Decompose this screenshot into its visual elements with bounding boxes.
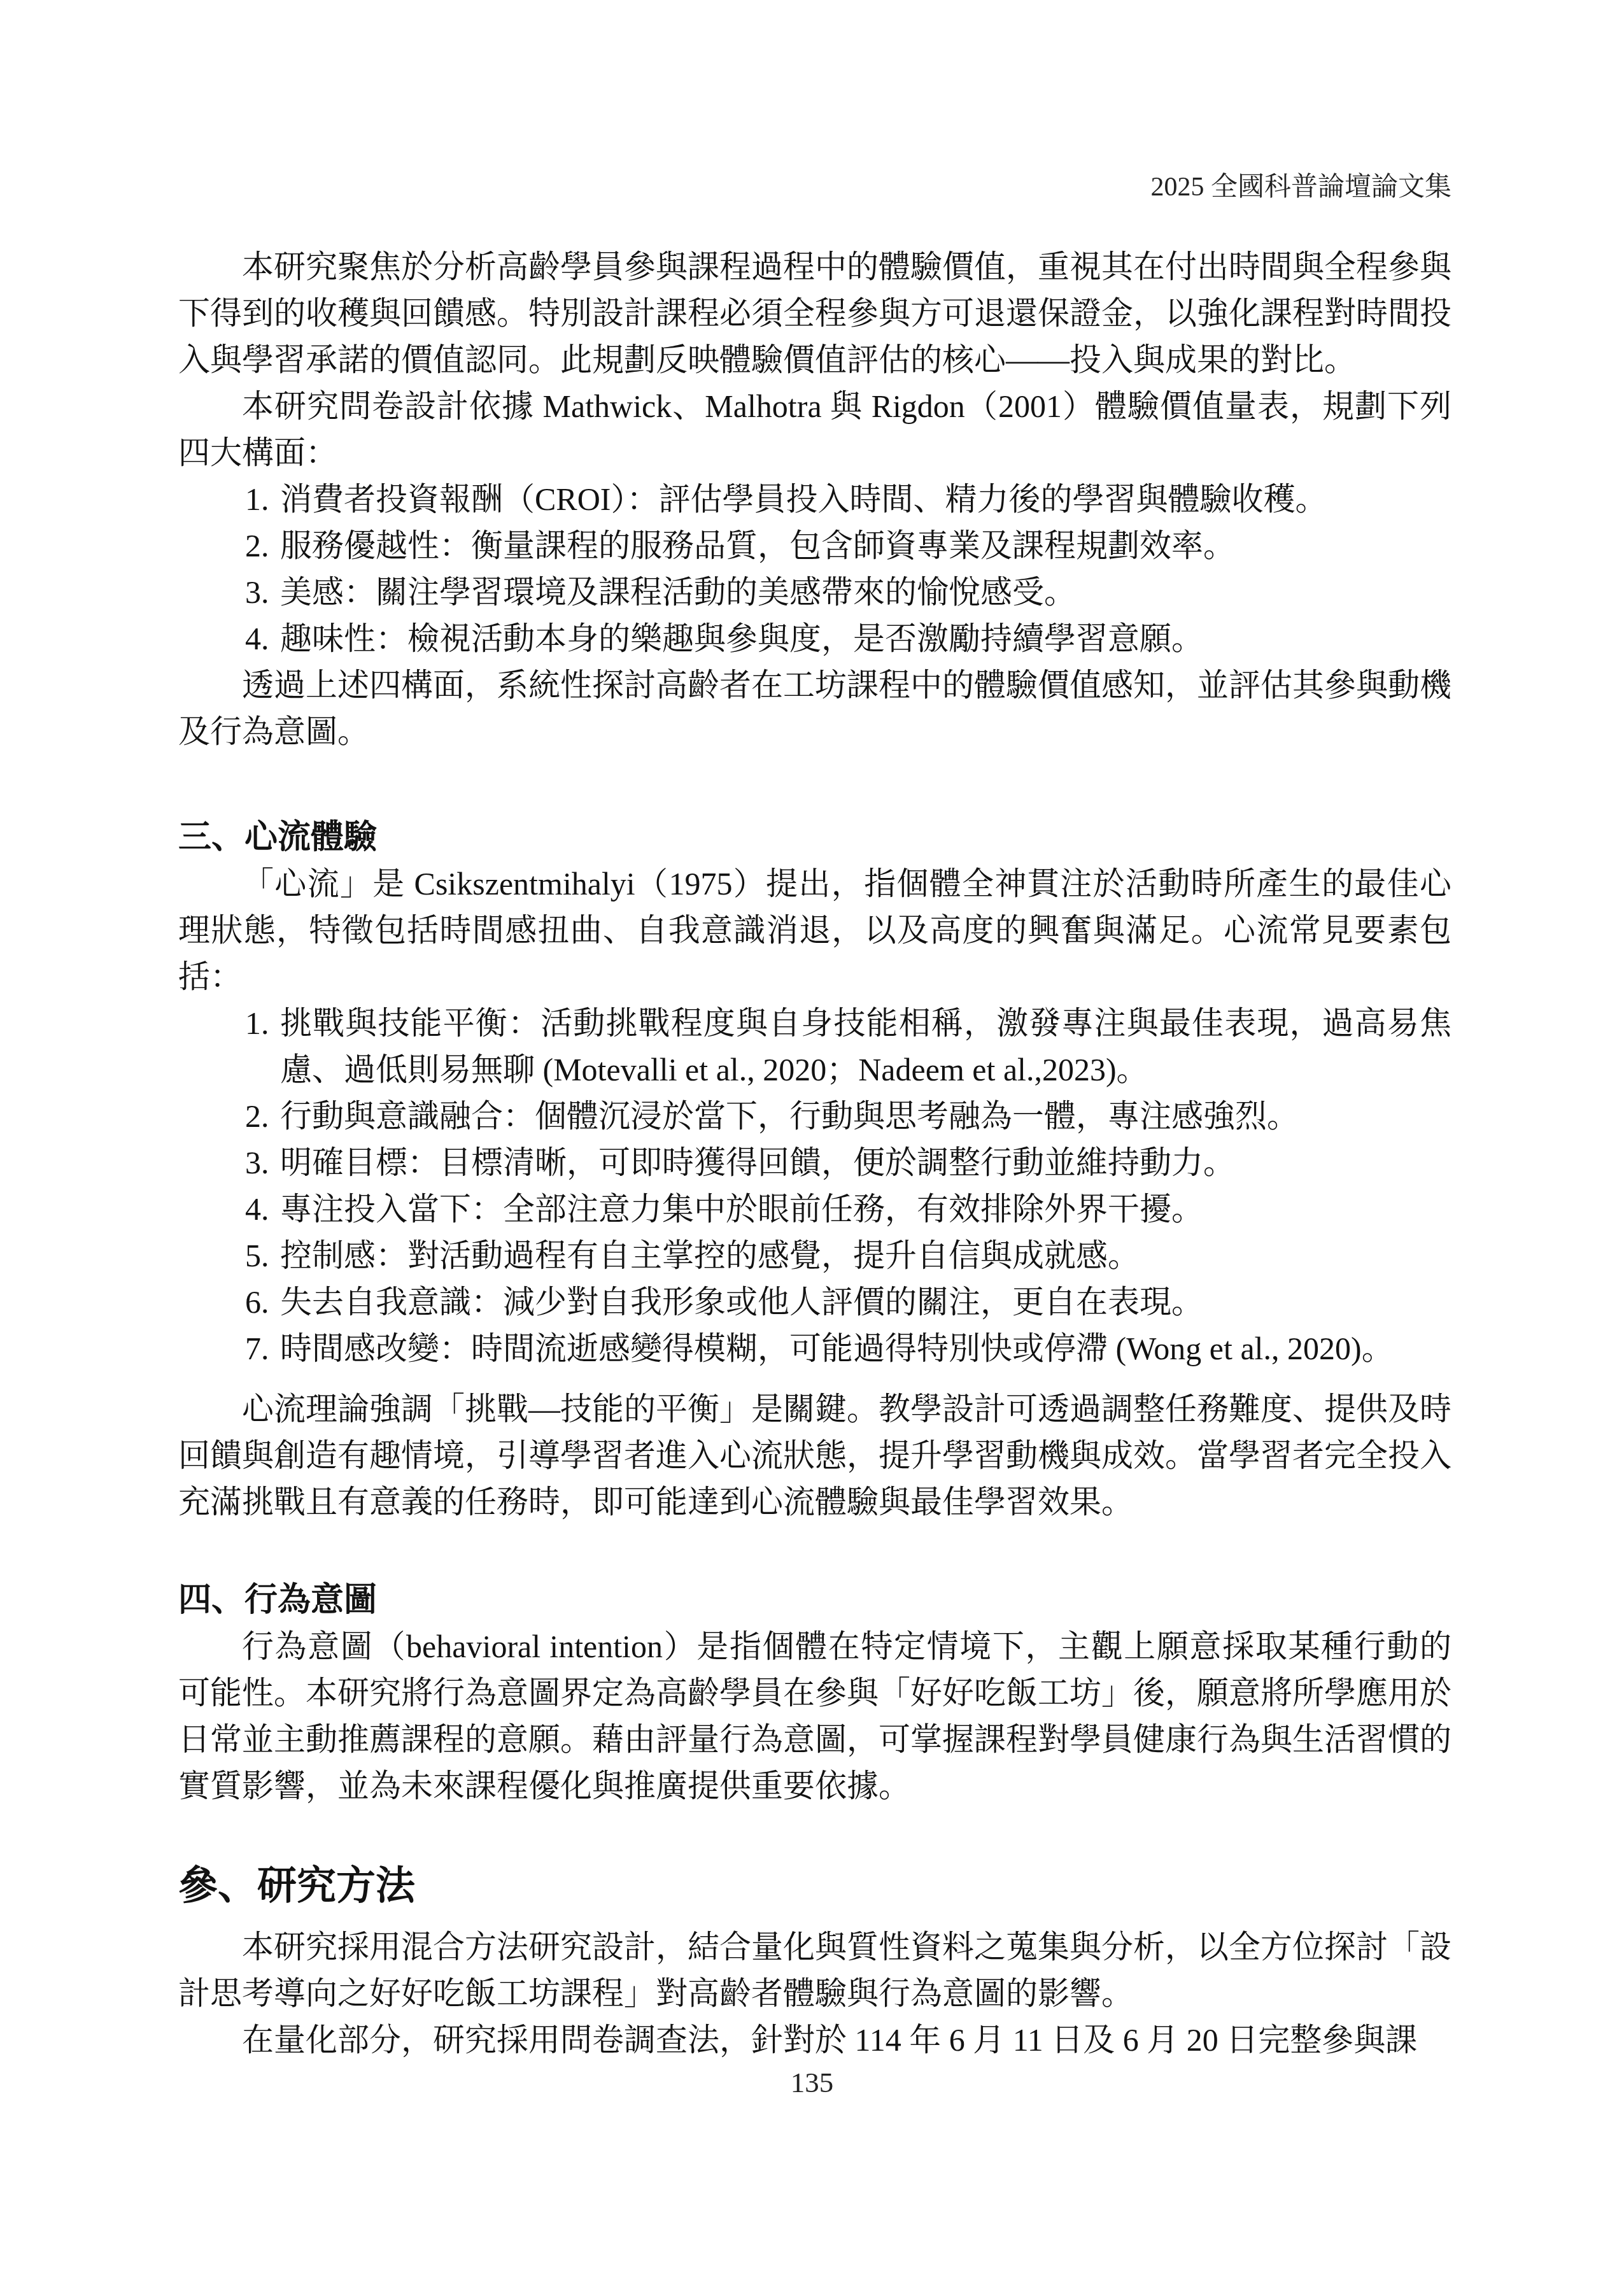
list-item: 1. 挑戰與技能平衡：活動挑戰程度與自身技能相稱，激發專注與最佳表現，過高易焦慮…: [178, 1000, 1451, 1093]
list-item: 5. 控制感：對活動過程有自主掌控的感覺，提升自信與成就感。: [178, 1233, 1451, 1279]
list-item: 2. 服務優越性：衡量課程的服務品質，包含師資專業及課程規劃效率。: [178, 523, 1451, 569]
list-item-text: 美感：關注學習環境及課程活動的美感帶來的愉悅感受。: [280, 574, 1076, 610]
paragraph-method-overview: 本研究採用混合方法研究設計，結合量化與質性資料之蒐集與分析，以全方位探討「設計思…: [178, 1924, 1451, 2017]
list-item-text: 行動與意識融合：個體沉浸於當下，行動與思考融為一體，專注感強烈。: [280, 1098, 1299, 1134]
list-item: 1. 消費者投資報酬（CROI）：評估學員投入時間、精力後的學習與體驗收穫。: [178, 476, 1451, 523]
paragraph-experience-value-2: 本研究問卷設計依據 Mathwick、Malhotra 與 Rigdon（200…: [178, 383, 1451, 476]
list-item-text: 控制感：對活動過程有自主掌控的感覺，提升自信與成就感。: [280, 1238, 1140, 1273]
list-item: 6. 失去自我意識：減少對自我形象或他人評價的關注，更自在表現。: [178, 1279, 1451, 1326]
croi-dimension-list: 1. 消費者投資報酬（CROI）：評估學員投入時間、精力後的學習與體驗收穫。 2…: [178, 476, 1451, 662]
list-item-text: 專注投入當下：全部注意力集中於眼前任務，有效排除外界干擾。: [280, 1191, 1203, 1227]
list-item-number: 2.: [245, 523, 269, 569]
section-heading-flow-experience: 三、心流體驗: [178, 814, 1451, 861]
list-item-number: 3.: [245, 569, 269, 616]
list-item-number: 6.: [245, 1279, 269, 1326]
page-number: 135: [0, 2066, 1624, 2099]
list-item-number: 2.: [245, 1093, 269, 1140]
list-item-number: 7.: [245, 1326, 269, 1372]
list-item: 3. 明確目標：目標清晰，可即時獲得回饋，便於調整行動並維持動力。: [178, 1140, 1451, 1186]
paragraph-flow-theory: 心流理論強調「挑戰—技能的平衡」是關鍵。教學設計可透過調整任務難度、提供及時回饋…: [178, 1386, 1451, 1525]
paragraph-experience-value-1: 本研究聚焦於分析高齡學員參與課程過程中的體驗價值，重視其在付出時間與全程參與下得…: [178, 244, 1451, 383]
list-item-number: 4.: [245, 616, 269, 662]
section-heading-behavioral-intention: 四、行為意圖: [178, 1577, 1451, 1624]
list-item-text: 失去自我意識：減少對自我形象或他人評價的關注，更自在表現。: [280, 1284, 1203, 1320]
list-item: 2. 行動與意識融合：個體沉浸於當下，行動與思考融為一體，專注感強烈。: [178, 1093, 1451, 1140]
flow-elements-list: 1. 挑戰與技能平衡：活動挑戰程度與自身技能相稱，激發專注與最佳表現，過高易焦慮…: [178, 1000, 1451, 1372]
list-item-number: 1.: [245, 1000, 269, 1047]
text-column: 2025 全國科普論壇論文集 本研究聚焦於分析高齡學員參與課程過程中的體驗價值，…: [178, 0, 1451, 2063]
paragraph-four-dimensions-summary: 透過上述四構面，系統性探討高齡者在工坊課程中的體驗價值感知，並評估其參與動機及行…: [178, 662, 1451, 755]
paper-page: 2025 全國科普論壇論文集 本研究聚焦於分析高齡學員參與課程過程中的體驗價值，…: [0, 0, 1624, 2278]
list-item-number: 3.: [245, 1140, 269, 1186]
running-header: 2025 全國科普論壇論文集: [178, 171, 1451, 204]
list-item-number: 1.: [245, 476, 269, 523]
list-item-text: 趣味性：檢視活動本身的樂趣與參與度，是否激勵持續學習意願。: [280, 621, 1203, 656]
list-item-text: 消費者投資報酬（CROI）：評估學員投入時間、精力後的學習與體驗收穫。: [280, 481, 1327, 517]
list-item-number: 4.: [245, 1186, 269, 1233]
list-item-text: 服務優越性：衡量課程的服務品質，包含師資專業及課程規劃效率。: [280, 528, 1235, 563]
list-item: 7. 時間感改變：時間流逝感變得模糊，可能過得特別快或停滯 (Wong et a…: [178, 1326, 1451, 1372]
list-item: 4. 趣味性：檢視活動本身的樂趣與參與度，是否激勵持續學習意願。: [178, 616, 1451, 662]
paragraph-method-survey: 在量化部分，研究採用問卷調查法，針對於 114 年 6 月 11 日及 6 月 …: [178, 2017, 1451, 2063]
paragraph-behavioral-intention: 行為意圖（behavioral intention）是指個體在特定情境下，主觀上…: [178, 1624, 1451, 1809]
list-item-text: 挑戰與技能平衡：活動挑戰程度與自身技能相稱，激發專注與最佳表現，過高易焦慮、過低…: [280, 1005, 1451, 1087]
list-item-text: 時間感改變：時間流逝感變得模糊，可能過得特別快或停滯 (Wong et al.,…: [280, 1331, 1394, 1366]
paragraph-flow-definition: 「心流」是 Csikszentmihalyi（1975）提出，指個體全神貫注於活…: [178, 861, 1451, 1000]
body-text-block: 本研究聚焦於分析高齡學員參與課程過程中的體驗價值，重視其在付出時間與全程參與下得…: [178, 244, 1451, 2063]
list-item-text: 明確目標：目標清晰，可即時獲得回饋，便於調整行動並維持動力。: [280, 1145, 1235, 1180]
list-item-number: 5.: [245, 1233, 269, 1279]
chapter-heading-research-method: 參、研究方法: [178, 1858, 1451, 1915]
list-item: 4. 專注投入當下：全部注意力集中於眼前任務，有效排除外界干擾。: [178, 1186, 1451, 1233]
list-item: 3. 美感：關注學習環境及課程活動的美感帶來的愉悅感受。: [178, 569, 1451, 616]
